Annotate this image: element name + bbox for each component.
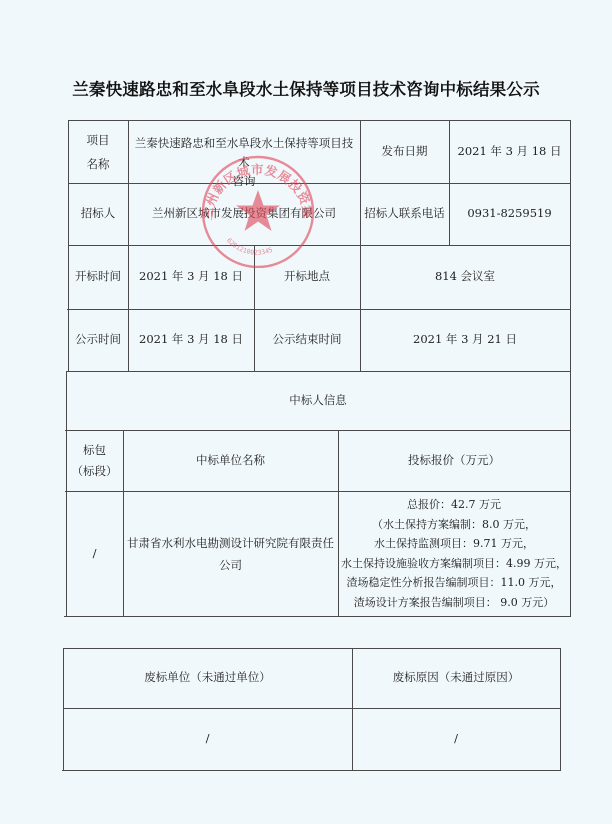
publicity-end-value: 2021 年 3 月 21 日 bbox=[360, 309, 570, 371]
publicity-time-value: 2021 年 3 月 18 日 bbox=[128, 309, 254, 371]
project-name-value-line1: 兰秦快速路忠和至水阜段水土保持等项目技术 bbox=[132, 134, 356, 172]
bid-price-breakdown: 总报价：42.7 万元 （水土保持方案编制：8.0 万元， 水土保持监测项目：9… bbox=[341, 495, 567, 612]
project-name-label: 项目 名称 bbox=[68, 120, 128, 183]
project-name-label-line1: 项目 bbox=[87, 128, 110, 152]
winner-package-value: / bbox=[66, 491, 123, 616]
winner-name-value: 甘肃省水利水电勘测设计研究院有限责任 公司 bbox=[123, 491, 338, 616]
winner-name-line1: 甘肃省水利水电勘测设计研究院有限责任 bbox=[127, 532, 334, 554]
total-price-line: 总报价：42.7 万元 bbox=[407, 495, 501, 515]
rejected-unit-header: 废标单位（未通过单位） bbox=[63, 648, 352, 708]
publish-date-value: 2021 年 3 月 18 日 bbox=[449, 120, 570, 183]
tenderer-phone-value: 0931-8259519 bbox=[449, 183, 570, 245]
tenderer-label: 招标人 bbox=[68, 183, 128, 245]
table-border bbox=[560, 648, 561, 771]
package-header-line2: （标段） bbox=[72, 461, 118, 482]
project-name-label-line2: 名称 bbox=[87, 152, 110, 176]
bid-open-place-value: 814 会议室 bbox=[360, 245, 570, 309]
price-line-soil-plan: （水土保持方案编制：8.0 万元， bbox=[372, 515, 536, 535]
price-line-design: 渣场设计方案报告编制项目： 9.0 万元） bbox=[354, 593, 555, 613]
rejected-reason-header: 废标原因（未通过原因） bbox=[352, 648, 560, 708]
price-line-monitoring: 水土保持监测项目：9.71 万元， bbox=[374, 534, 534, 554]
publicity-end-label: 公示结束时间 bbox=[254, 309, 360, 371]
table-border bbox=[62, 770, 561, 771]
bid-price-value: 总报价：42.7 万元 （水土保持方案编制：8.0 万元， 水土保持监测项目：9… bbox=[338, 491, 570, 616]
price-line-acceptance: 水土保持设施验收方案编制项目：4.99 万元， bbox=[341, 554, 567, 574]
rejected-reason-value: / bbox=[352, 708, 560, 770]
package-header-line1: 标包 bbox=[83, 440, 106, 461]
project-name-value: 兰秦快速路忠和至水阜段水土保持等项目技术 咨询 bbox=[128, 120, 360, 183]
tenderer-phone-label: 招标人联系电话 bbox=[360, 183, 449, 245]
winner-name-line2: 公司 bbox=[219, 554, 242, 576]
winner-name-column-header: 中标单位名称 bbox=[123, 430, 338, 491]
table-border bbox=[570, 120, 571, 617]
publicity-time-label: 公示时间 bbox=[68, 309, 128, 371]
document-title: 兰秦快速路忠和至水阜段水土保持等项目技术咨询中标结果公示 bbox=[0, 76, 612, 100]
bid-open-time-label: 开标时间 bbox=[68, 245, 128, 309]
bid-open-place-label: 开标地点 bbox=[254, 245, 360, 309]
publish-date-label: 发布日期 bbox=[360, 120, 449, 183]
tenderer-value: 兰州新区城市发展投资集团有限公司 bbox=[128, 183, 360, 245]
rejected-unit-value: / bbox=[63, 708, 352, 770]
winner-section-heading: 中标人信息 bbox=[66, 371, 570, 430]
table-border bbox=[64, 616, 571, 617]
price-line-stability: 渣场稳定性分析报告编制项目：11.0 万元， bbox=[347, 573, 562, 593]
package-column-header: 标包 （标段） bbox=[66, 430, 123, 491]
bid-price-column-header: 投标报价（万元） bbox=[338, 430, 570, 491]
bid-open-time-value: 2021 年 3 月 18 日 bbox=[128, 245, 254, 309]
